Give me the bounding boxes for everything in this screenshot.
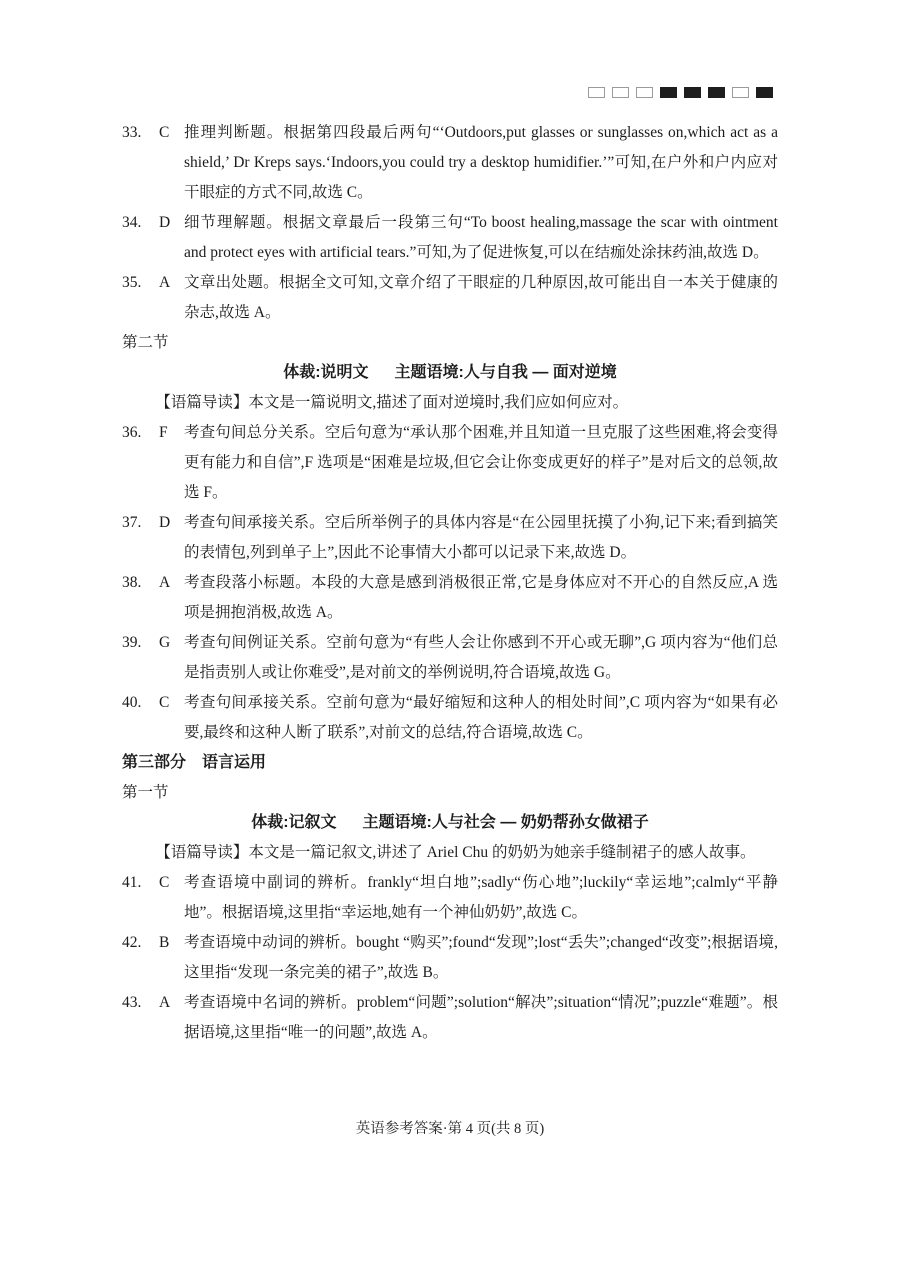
genre-theme-line: 体裁:说明文主题语境:人与自我 — 面对逆境 [122, 358, 778, 388]
item-number: 43. [122, 988, 141, 1018]
item-answer-letter: C [159, 868, 169, 898]
item-number: 39. [122, 628, 141, 658]
item-number: 36. [122, 418, 141, 448]
progress-square-filled [756, 87, 773, 98]
part-heading-3: 第三部分 语言运用 [122, 748, 778, 778]
progress-square-filled [660, 87, 677, 98]
item-number: 34. [122, 208, 141, 238]
item-explanation: 考查语境中名词的辨析。problem“问题”;solution“解决”;situ… [184, 994, 778, 1041]
item-explanation: 考查段落小标题。本段的大意是感到消极很正常,它是身体应对不开心的自然反应,A 选… [184, 574, 778, 621]
answer-item-37: 37. D 考查句间承接关系。空后所举例子的具体内容是“在公园里抚摸了小狗,记下… [122, 508, 778, 568]
answer-item-40: 40. C 考查句间承接关系。空前句意为“最好缩短和这种人的相处时间”,C 项内… [122, 688, 778, 748]
section-heading-2: 第二节 [122, 328, 778, 358]
section-heading-1: 第一节 [122, 778, 778, 808]
item-number: 33. [122, 118, 141, 148]
genre-label: 体裁:记叙文 [251, 814, 336, 831]
progress-square-filled [684, 87, 701, 98]
item-explanation: 考查句间承接关系。空前句意为“最好缩短和这种人的相处时间”,C 项内容为“如果有… [184, 694, 778, 741]
item-explanation: 细节理解题。根据文章最后一段第三句“To boost healing,massa… [184, 214, 778, 261]
page-footer: 英语参考答案·第 4 页(共 8 页) [0, 1117, 900, 1138]
progress-squares [588, 87, 773, 98]
item-answer-letter: C [159, 688, 169, 718]
answer-item-33: 33. C 推理判断题。根据第四段最后两句“‘Outdoors,put glas… [122, 118, 778, 208]
item-answer-letter: A [159, 988, 170, 1018]
item-answer-letter: D [159, 508, 170, 538]
genre-label: 体裁:说明文 [283, 364, 368, 381]
answer-item-34: 34. D 细节理解题。根据文章最后一段第三句“To boost healing… [122, 208, 778, 268]
item-answer-letter: C [159, 118, 169, 148]
answer-item-43: 43. A 考查语境中名词的辨析。problem“问题”;solution“解决… [122, 988, 778, 1048]
answer-item-35: 35. A 文章出处题。根据全文可知,文章介绍了干眼症的几种原因,故可能出自一本… [122, 268, 778, 328]
theme-label: 主题语境:人与社会 — 奶奶帮孙女做裙子 [363, 814, 649, 831]
item-answer-letter: G [159, 628, 170, 658]
item-explanation: 推理判断题。根据第四段最后两句“‘Outdoors,put glasses or… [184, 124, 778, 201]
answer-item-41: 41. C 考查语境中副词的辨析。frankly“坦白地”;sadly“伤心地”… [122, 868, 778, 928]
item-explanation: 考查句间总分关系。空后句意为“承认那个困难,并且知道一旦克服了这些困难,将会变得… [184, 424, 778, 501]
progress-square-filled [708, 87, 725, 98]
item-answer-letter: A [159, 568, 170, 598]
answer-item-38: 38. A 考查段落小标题。本段的大意是感到消极很正常,它是身体应对不开心的自然… [122, 568, 778, 628]
answer-item-42: 42. B 考查语境中动词的辨析。bought “购买”;found“发现”;l… [122, 928, 778, 988]
answer-item-36: 36. F 考查句间总分关系。空后句意为“承认那个困难,并且知道一旦克服了这些困… [122, 418, 778, 508]
item-number: 37. [122, 508, 141, 538]
item-number: 38. [122, 568, 141, 598]
progress-square-empty [612, 87, 629, 98]
answer-key-content: 33. C 推理判断题。根据第四段最后两句“‘Outdoors,put glas… [122, 118, 778, 1048]
passage-intro: 【语篇导读】本文是一篇说明文,描述了面对逆境时,我们应如何应对。 [122, 388, 778, 418]
answer-item-39: 39. G 考查句间例证关系。空前句意为“有些人会让你感到不开心或无聊”,G 项… [122, 628, 778, 688]
item-explanation: 考查句间例证关系。空前句意为“有些人会让你感到不开心或无聊”,G 项内容为“他们… [184, 634, 778, 681]
progress-square-empty [636, 87, 653, 98]
item-answer-letter: D [159, 208, 170, 238]
item-number: 42. [122, 928, 141, 958]
item-explanation: 考查语境中动词的辨析。bought “购买”;found“发现”;lost“丢失… [184, 934, 778, 981]
item-answer-letter: B [159, 928, 169, 958]
item-number: 35. [122, 268, 141, 298]
item-explanation: 考查句间承接关系。空后所举例子的具体内容是“在公园里抚摸了小狗,记下来;看到搞笑… [184, 514, 778, 561]
item-explanation: 考查语境中副词的辨析。frankly“坦白地”;sadly“伤心地”;lucki… [184, 874, 778, 921]
genre-theme-line: 体裁:记叙文主题语境:人与社会 — 奶奶帮孙女做裙子 [122, 808, 778, 838]
item-explanation: 文章出处题。根据全文可知,文章介绍了干眼症的几种原因,故可能出自一本关于健康的杂… [184, 274, 778, 321]
passage-intro: 【语篇导读】本文是一篇记叙文,讲述了 Ariel Chu 的奶奶为她亲手缝制裙子… [122, 838, 778, 868]
progress-square-empty [588, 87, 605, 98]
item-answer-letter: F [159, 418, 168, 448]
progress-square-empty [732, 87, 749, 98]
item-number: 40. [122, 688, 141, 718]
theme-label: 主题语境:人与自我 — 面对逆境 [395, 364, 617, 381]
item-answer-letter: A [159, 268, 170, 298]
item-number: 41. [122, 868, 141, 898]
